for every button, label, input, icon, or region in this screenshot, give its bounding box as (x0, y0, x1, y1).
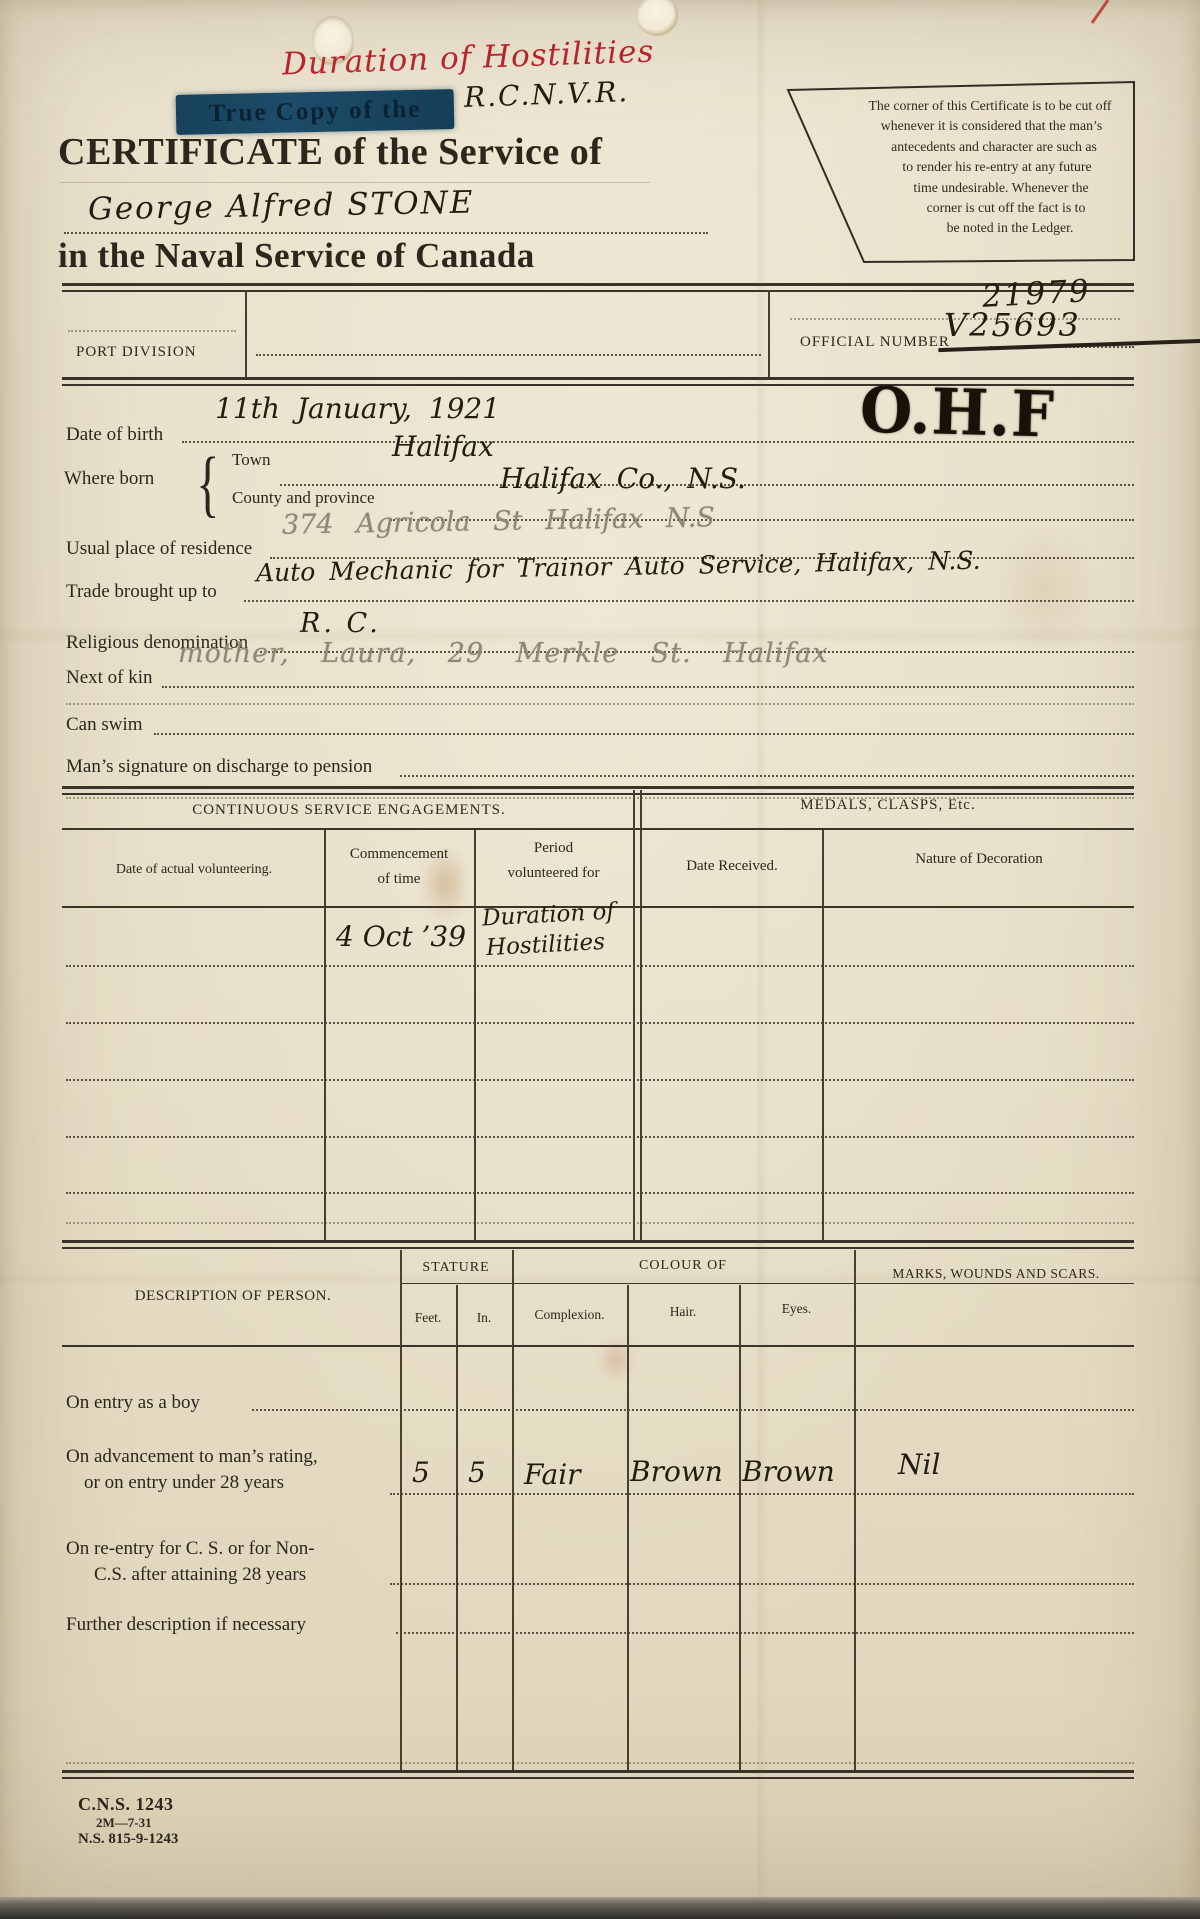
col-header-commencement-line2: of time (326, 871, 472, 888)
column-divider (456, 1285, 458, 1770)
table-row-line (390, 1583, 1134, 1585)
cell-divider (768, 290, 770, 378)
unit-annotation: R.C.N.V.R. (463, 75, 629, 114)
eyes-subheader: Eyes. (739, 1301, 854, 1317)
file-number: N.S. 815-9-1243 (78, 1831, 178, 1848)
eyes-value: Brown (742, 1455, 835, 1488)
dotted-line (244, 600, 1134, 602)
colour-of-header: COLOUR OF (512, 1258, 854, 1274)
row-label-reentry-line1: On re-entry for C. S. or for Non- (66, 1538, 315, 1560)
dotted-line (162, 686, 1134, 688)
print-run-code: 2M—7-31 (96, 1815, 178, 1831)
col-header-date-received: Date Received. (644, 858, 820, 875)
rule (400, 1283, 1134, 1284)
table-row-line (66, 1762, 1134, 1764)
marks-header: MARKS, WOUNDS AND SCARS. (858, 1266, 1134, 1282)
scanned-certificate-page: Duration of Hostilities True Copy of the… (0, 0, 1200, 1919)
table-row-line (66, 965, 1134, 967)
description-of-person-header: DESCRIPTION OF PERSON. (66, 1288, 400, 1305)
can-swim-label: Can swim (66, 714, 143, 736)
entry-commencement-value: 4 Oct ’39 (336, 920, 466, 953)
col-header-commencement-line1: Commencement (326, 846, 472, 863)
port-division-label: PORT DIVISION (76, 344, 197, 361)
table-row-line (66, 1222, 1134, 1224)
paper-stain (990, 520, 1100, 660)
punch-hole (636, 0, 678, 36)
residence-label: Usual place of residence (66, 538, 252, 560)
certificate-title-line1: CERTIFICATE of the Service of (58, 130, 602, 174)
row-label-reentry-line2: C.S. after attaining 28 years (94, 1564, 306, 1586)
column-divider (627, 1285, 629, 1770)
double-rule (62, 1240, 1134, 1249)
col-header-volunteering: Date of actual volunteering. (66, 862, 322, 878)
trade-value: Auto Mechanic for Trainor Auto Service, … (256, 546, 981, 588)
column-divider (822, 830, 824, 1240)
column-divider (633, 790, 635, 1240)
medals-table-title: MEDALS, CLASPS, Etc. (642, 797, 1134, 814)
next-of-kin-value: mother, Laura, 29 Merkle St. Halifax (178, 638, 829, 669)
dotted-line (400, 775, 1134, 777)
date-of-birth-label: Date of birth (66, 424, 163, 446)
table-row-line (252, 1409, 1134, 1411)
double-rule (62, 283, 1134, 292)
corner-notice: The corner of this Certificate is to be … (842, 96, 1138, 239)
residence-value: 374 Agricola St Halifax N.S (282, 502, 715, 541)
row-label-entry-as-boy: On entry as a boy (66, 1392, 200, 1414)
corner-notice-line: time undesirable. Whenever the (864, 178, 1138, 198)
hair-subheader: Hair. (627, 1304, 739, 1320)
next-of-kin-label: Next of kin (66, 667, 153, 689)
corner-notice-line: corner is cut off the fact is to (874, 198, 1138, 218)
row-label-advancement-line1: On advancement to man’s rating, (66, 1446, 318, 1468)
official-number-struck: V25693 (944, 306, 1200, 344)
signature-on-discharge-label: Man’s signature on discharge to pension (66, 756, 372, 778)
corner-notice-line: be noted in the Ledger. (882, 218, 1138, 238)
corner-notice-line: The corner of this Certificate is to be … (842, 96, 1138, 116)
dotted-line (182, 441, 1134, 443)
rule (62, 828, 1134, 830)
entry-period-value-line1: Duration of (481, 899, 615, 932)
stature-header: STATURE (400, 1260, 512, 1276)
column-divider (739, 1285, 741, 1770)
official-number-label: OFFICIAL NUMBER (800, 334, 950, 351)
title-underline (60, 182, 650, 183)
dotted-line (256, 354, 761, 356)
town-value: Halifax (392, 430, 494, 463)
where-born-label: Where born (64, 468, 154, 490)
where-born-brace: { (196, 442, 219, 527)
name-dotted-line (64, 232, 708, 234)
certificate-title-line2: in the Naval Service of Canada (58, 236, 535, 276)
column-divider (854, 1250, 856, 1770)
county-label: County and province (232, 488, 375, 508)
corner-notice-line: to render his re-entry at any future (856, 157, 1138, 177)
complexion-value: Fair (524, 1458, 581, 1491)
table-row-line (66, 1136, 1134, 1138)
double-rule (62, 786, 1134, 795)
col-header-period: Period volunteered for (476, 840, 631, 882)
red-pen-slash (1091, 0, 1110, 24)
date-of-birth-value: 11th January, 1921 (215, 392, 500, 425)
dotted-line (154, 733, 1134, 735)
column-divider (400, 1250, 402, 1770)
table-row-line (390, 1493, 1134, 1495)
corner-notice-line: whenever it is considered that the man’s (845, 116, 1138, 136)
column-divider (324, 830, 326, 1240)
town-label: Town (232, 450, 270, 470)
col-header-commencement: Commencement of time (326, 846, 472, 888)
column-divider (512, 1250, 514, 1770)
marks-value: Nil (898, 1448, 940, 1481)
service-member-name: George Alfred STONE (88, 185, 475, 228)
table-row-line (396, 1632, 1134, 1634)
feet-value: 5 (412, 1456, 430, 1489)
table-row-line (66, 1079, 1134, 1081)
feet-subheader: Feet. (400, 1310, 456, 1326)
col-header-period-line2: volunteered for (476, 865, 631, 882)
form-number: C.N.S. 1243 (78, 1794, 178, 1815)
stamp-text: True Copy of the (208, 96, 421, 127)
inches-value: 5 (468, 1456, 486, 1489)
service-table-title: CONTINUOUS SERVICE ENGAGEMENTS. (66, 802, 632, 819)
table-row-line (66, 1022, 1134, 1024)
true-copy-stamp-struck: True Copy of the (176, 89, 455, 135)
double-rule (62, 1770, 1134, 1779)
column-divider (640, 790, 642, 1240)
entry-period-value-line2: Hostilities (485, 929, 605, 961)
trade-label: Trade brought up to (66, 581, 217, 603)
corner-notice-line: antecedents and character are such as (850, 137, 1138, 157)
rule (62, 1345, 1134, 1347)
county-value: Halifax Co., N.S. (500, 462, 746, 495)
dotted-line (68, 330, 236, 332)
dotted-line (66, 703, 1134, 705)
religion-value: R. C. (300, 608, 381, 639)
row-label-advancement-line2: or on entry under 28 years (84, 1472, 284, 1494)
form-footer: C.N.S. 1243 2M—7-31 N.S. 815-9-1243 (78, 1794, 178, 1848)
hair-value: Brown (630, 1455, 723, 1488)
scan-bottom-edge (0, 1897, 1200, 1919)
column-divider (474, 830, 476, 1240)
inches-subheader: In. (456, 1310, 512, 1326)
col-header-period-line1: Period (476, 840, 631, 857)
row-label-further-description: Further description if necessary (66, 1614, 306, 1636)
complexion-subheader: Complexion. (512, 1307, 627, 1323)
col-header-nature-of-decoration: Nature of Decoration (824, 851, 1134, 868)
cell-divider (245, 290, 247, 378)
table-row-line (66, 1192, 1134, 1194)
